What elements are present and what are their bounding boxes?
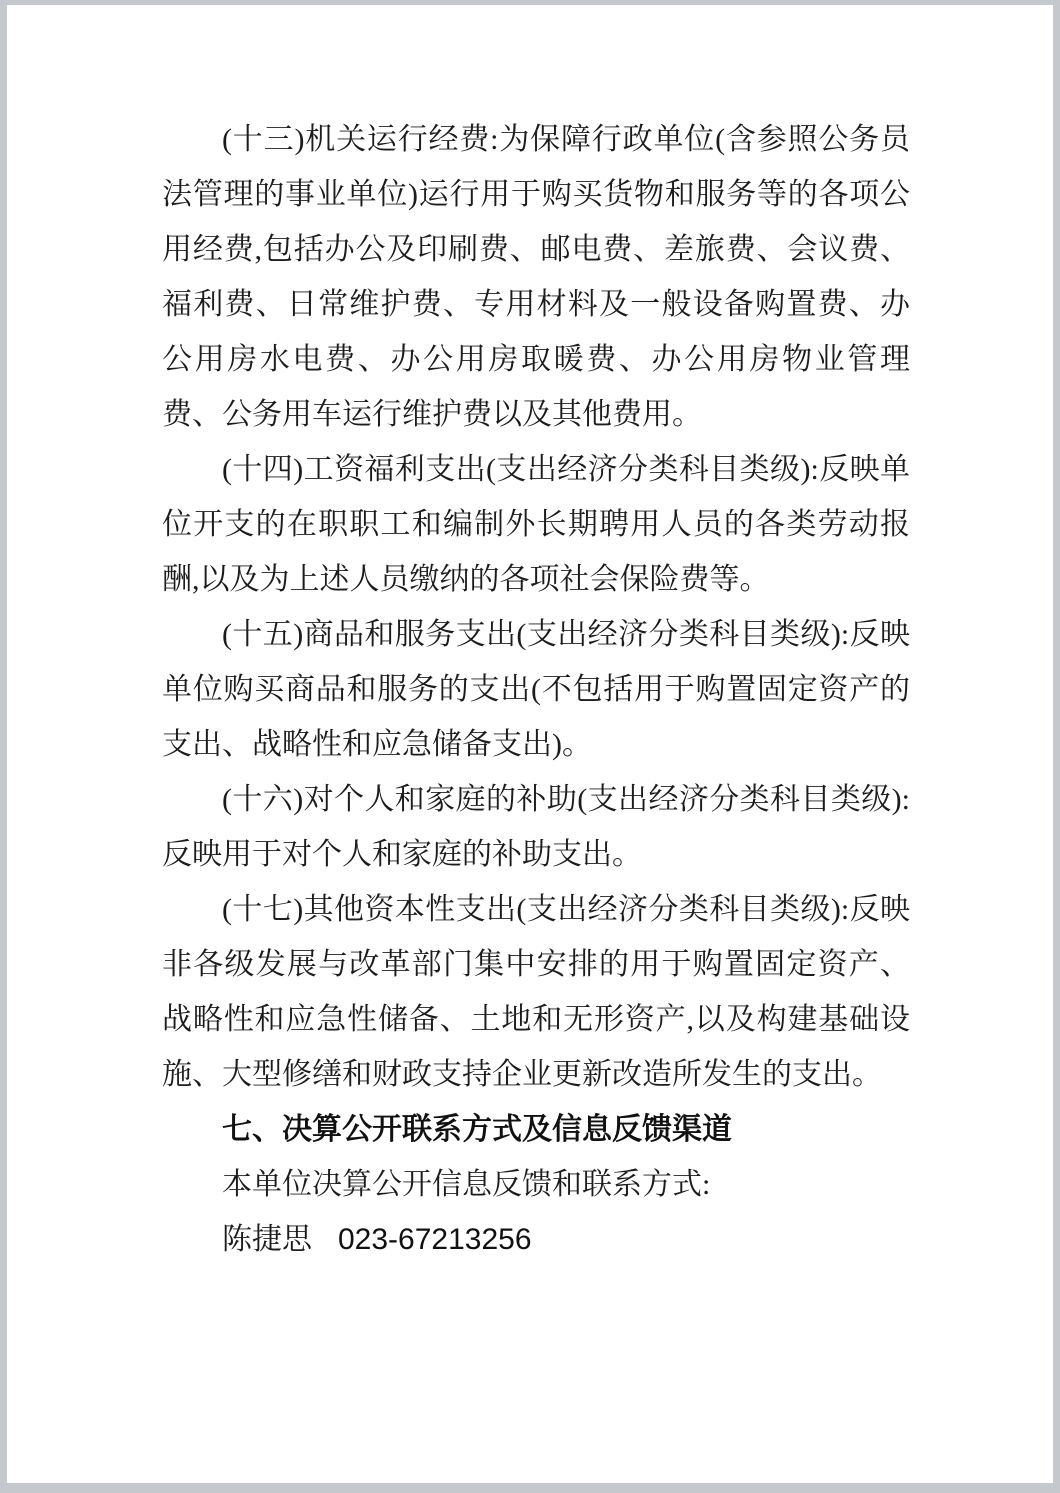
paragraph-item-15-goods-services: (十五)商品和服务支出(支出经济分类科目类级):反映单位购买商品和服务的支出(不… [162, 607, 910, 772]
contact-person-name: 陈捷思 [222, 1223, 312, 1256]
paragraph-item-16-individual-family-subsidy: (十六)对个人和家庭的补助(支出经济分类科目类级):反映用于对个人和家庭的补助支… [162, 772, 910, 882]
paragraph-contact-intro: 本单位决算公开信息反馈和联系方式: [162, 1157, 910, 1212]
page-content: (十三)机关运行经费:为保障行政单位(含参照公务员法管理的事业单位)运行用于购买… [162, 112, 910, 1267]
contact-line: 陈捷思023-67213256 [162, 1212, 910, 1267]
paragraph-item-17-other-capital-expenditure: (十七)其他资本性支出(支出经济分类科目类级):反映非各级发展与改革部门集中安排… [162, 882, 910, 1102]
section-heading-contact-channels: 七、决算公开联系方式及信息反馈渠道 [162, 1102, 910, 1157]
contact-phone-number: 023-67213256 [338, 1223, 532, 1256]
paragraph-item-13-operating-funds: (十三)机关运行经费:为保障行政单位(含参照公务员法管理的事业单位)运行用于购买… [162, 112, 910, 442]
document-page: (十三)机关运行经费:为保障行政单位(含参照公务员法管理的事业单位)运行用于购买… [7, 5, 1053, 1483]
paragraph-item-14-wage-welfare: (十四)工资福利支出(支出经济分类科目类级):反映单位开支的在职职工和编制外长期… [162, 442, 910, 607]
